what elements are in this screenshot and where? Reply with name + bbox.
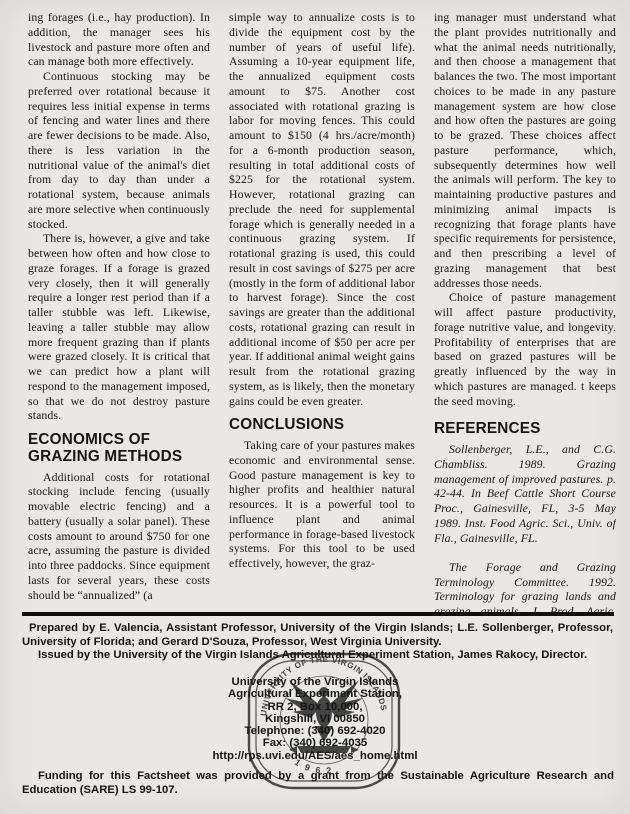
article-body: ing forages (i.e., hay production). In a…: [28, 10, 616, 612]
address-line-station: Agricultural Experiment Station,: [0, 688, 630, 700]
address-line-box: RR 2, Box 10,000,: [0, 701, 630, 713]
body-paragraph: Choice of pasture management will affect…: [434, 290, 616, 408]
body-paragraph: simple way to annualize costs is to divi…: [229, 10, 415, 408]
address-line-institution: University of the Virgin Islands: [0, 676, 630, 688]
body-paragraph: ing forages (i.e., hay production). In a…: [28, 10, 210, 69]
address-line-fax: Fax: (340) 692-4035: [0, 737, 630, 749]
funding-note: Funding for this Factsheet was provided …: [22, 770, 614, 797]
footer-divider-rule: [22, 612, 614, 616]
reference-entry: The Forage and Grazing Terminology Commi…: [434, 560, 616, 612]
references-list: Sollenberger, L.E., and C.G. Chambliss. …: [434, 442, 616, 612]
issued-by-line: Issued by the University of the Virgin I…: [22, 649, 613, 663]
address-block: University of the Virgin Islands Agricul…: [0, 676, 630, 762]
address-line-city: Kingshill, VI 00850: [0, 713, 630, 725]
reference-entry: Sollenberger, L.E., and C.G. Chambliss. …: [434, 442, 616, 545]
credits-block: Prepared by E. Valencia, Assistant Profe…: [22, 622, 613, 663]
left-column: ing forages (i.e., hay production). In a…: [28, 10, 210, 612]
prepared-by-line: Prepared by E. Valencia, Assistant Profe…: [22, 622, 613, 649]
body-paragraph: Additional costs for rotational stocking…: [28, 470, 210, 603]
right-column: ing manager must understand what the pla…: [434, 10, 616, 612]
economics-heading: ECONOMICS OF GRAZING METHODS: [28, 432, 210, 466]
middle-column: simple way to annualize costs is to divi…: [229, 10, 415, 612]
body-paragraph: There is, however, a give and take betwe…: [28, 231, 210, 423]
funding-text: Funding for this Factsheet was provided …: [22, 770, 614, 797]
references-heading: REFERENCES: [434, 421, 616, 438]
address-line-url: http://rps.uvi.edu/AES/aes_home.html: [0, 750, 630, 762]
conclusions-heading: CONCLUSIONS: [229, 417, 415, 434]
factsheet-page: ing forages (i.e., hay production). In a…: [0, 0, 630, 814]
body-paragraph: Taking care of your pastures makes econo…: [229, 438, 415, 571]
address-line-telephone: Telephone: (340) 692-4020: [0, 725, 630, 737]
body-paragraph: Continuous stocking may be preferred ove…: [28, 69, 210, 231]
body-paragraph: ing manager must understand what the pla…: [434, 10, 616, 290]
